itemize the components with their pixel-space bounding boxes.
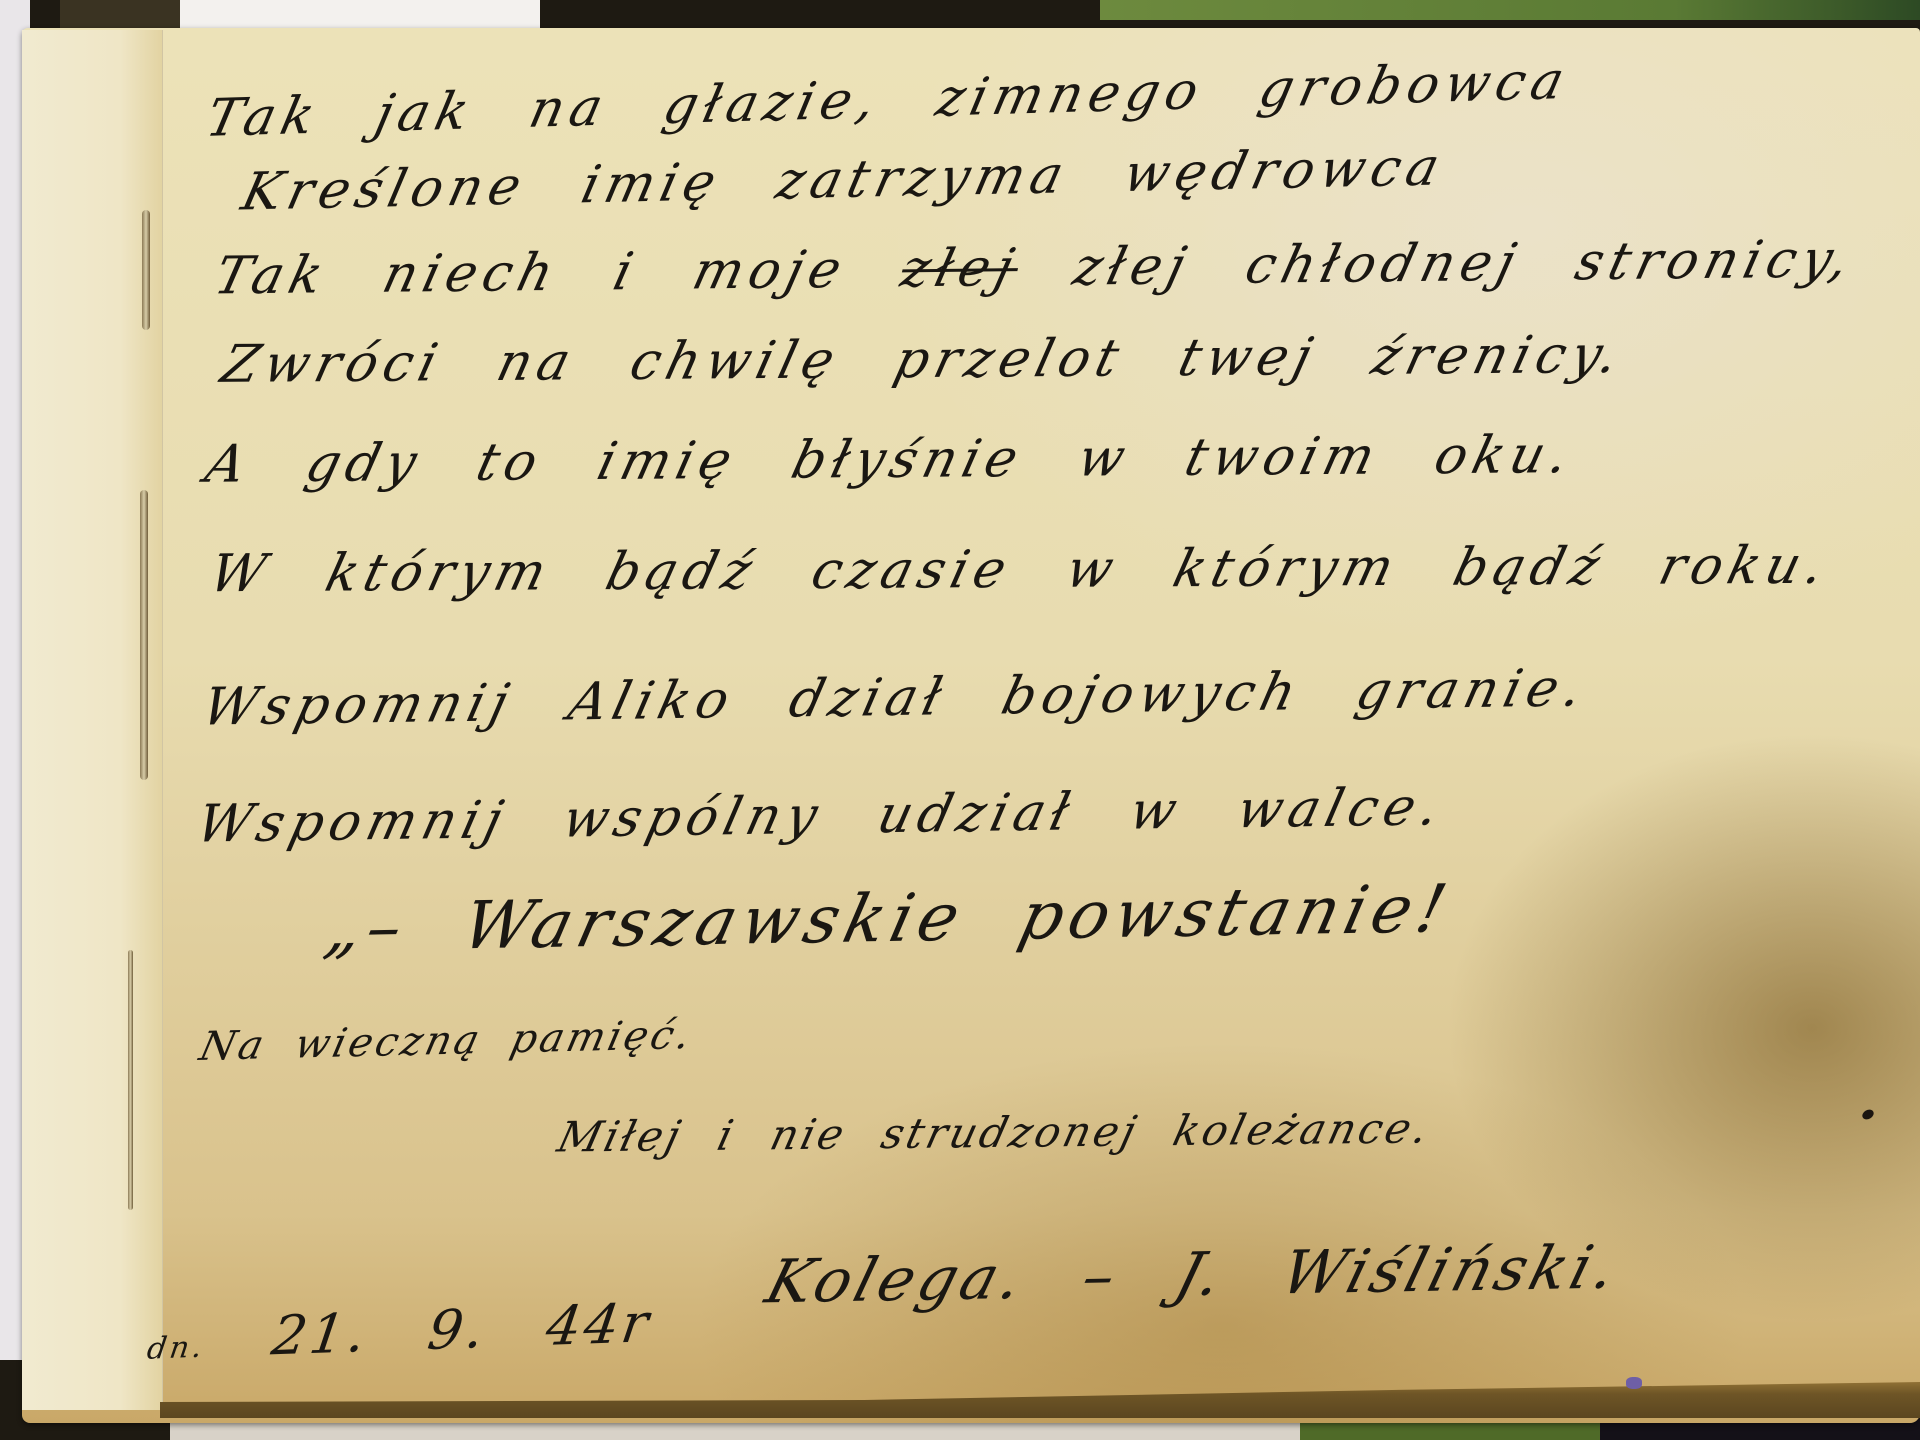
binding-stitch (140, 490, 148, 780)
background-green-cover (1100, 0, 1920, 20)
crossed-out-word: złej (895, 238, 1025, 299)
poem-line-6: W którym bądź czasie w którym bądź roku. (204, 536, 1836, 604)
addressee-line: Miłej i nie strudzonej koleżance. (553, 1103, 1436, 1161)
background-white-card (180, 0, 540, 30)
date-value: 21. 9. 44r (268, 1291, 655, 1367)
signature-role: Kolega. – (759, 1241, 1128, 1317)
violet-speck (1626, 1377, 1642, 1389)
signature-name: J. Wiśliński. (1168, 1233, 1628, 1311)
album-binding-strip (22, 30, 163, 1410)
binding-stitch (128, 950, 133, 1210)
background-white-card-bottom (170, 1420, 1300, 1440)
binding-stitch (142, 210, 150, 330)
date-prefix: dn. (145, 1330, 207, 1367)
poem-line-4: Zwróci na chwilę przelot twej źrenicy. (216, 325, 1631, 395)
poem-line-5: A gdy to imię błyśnie w twoim oku. (200, 425, 1581, 495)
